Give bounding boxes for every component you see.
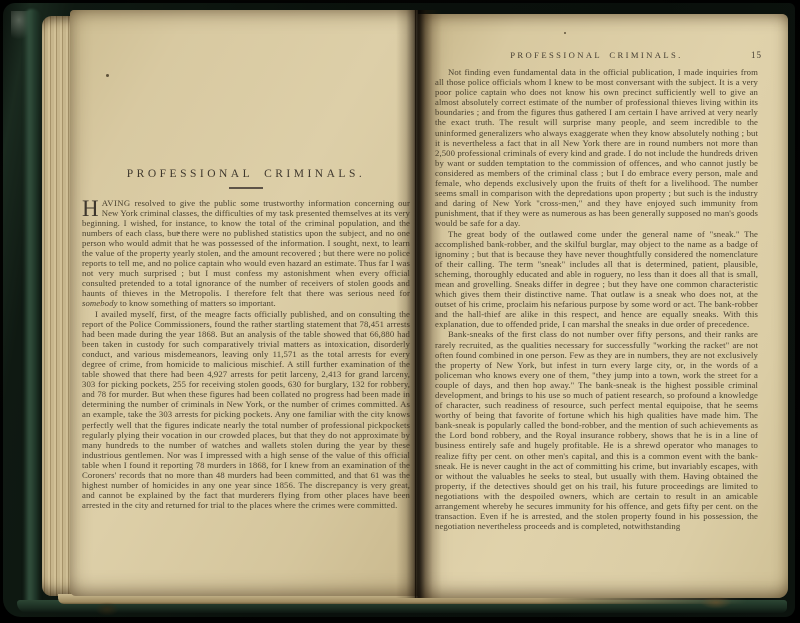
left-page: PROFESSIONAL CRIMINALS. HAVING resolved … — [70, 10, 418, 596]
paragraph-text-post: to know something of matters so importan… — [118, 298, 276, 308]
right-page: PROFESSIONAL CRIMINALS. 15 Not finding e… — [418, 14, 788, 598]
chapter-title: PROFESSIONAL CRIMINALS. — [82, 168, 410, 180]
left-page-content: PROFESSIONAL CRIMINALS. HAVING resolved … — [70, 10, 418, 596]
left-paragraph-1: HAVING resolved to give the public some … — [82, 198, 410, 309]
right-paragraph-3: Bank-sneaks of the first class do not nu… — [435, 329, 758, 531]
photo-background: PROFESSIONAL CRIMINALS. HAVING resolved … — [0, 0, 800, 623]
lead-caps: AVING — [102, 198, 131, 208]
paragraph-text-pre: resolved to give the public some trustwo… — [82, 198, 410, 299]
page-number: 15 — [751, 50, 762, 60]
running-head-row: PROFESSIONAL CRIMINALS. 15 — [435, 50, 758, 60]
paper-speck — [178, 232, 180, 234]
italic-word: somebody — [82, 298, 118, 308]
running-head-title: PROFESSIONAL CRIMINALS. — [510, 50, 682, 60]
right-page-content: PROFESSIONAL CRIMINALS. 15 Not finding e… — [418, 14, 788, 598]
right-paragraph-1: Not finding even fundamental data in the… — [435, 67, 758, 229]
left-paragraph-2: I availed myself, first, of the meagre f… — [82, 309, 410, 511]
paper-speck — [106, 74, 109, 77]
drop-cap: H — [82, 198, 102, 218]
right-paragraph-2: The great body of the outlawed come unde… — [435, 229, 758, 330]
paper-speck — [564, 32, 566, 34]
stain — [700, 596, 732, 609]
cover-spine-highlight — [23, 9, 41, 609]
stain — [95, 602, 119, 616]
title-rule — [229, 187, 263, 189]
